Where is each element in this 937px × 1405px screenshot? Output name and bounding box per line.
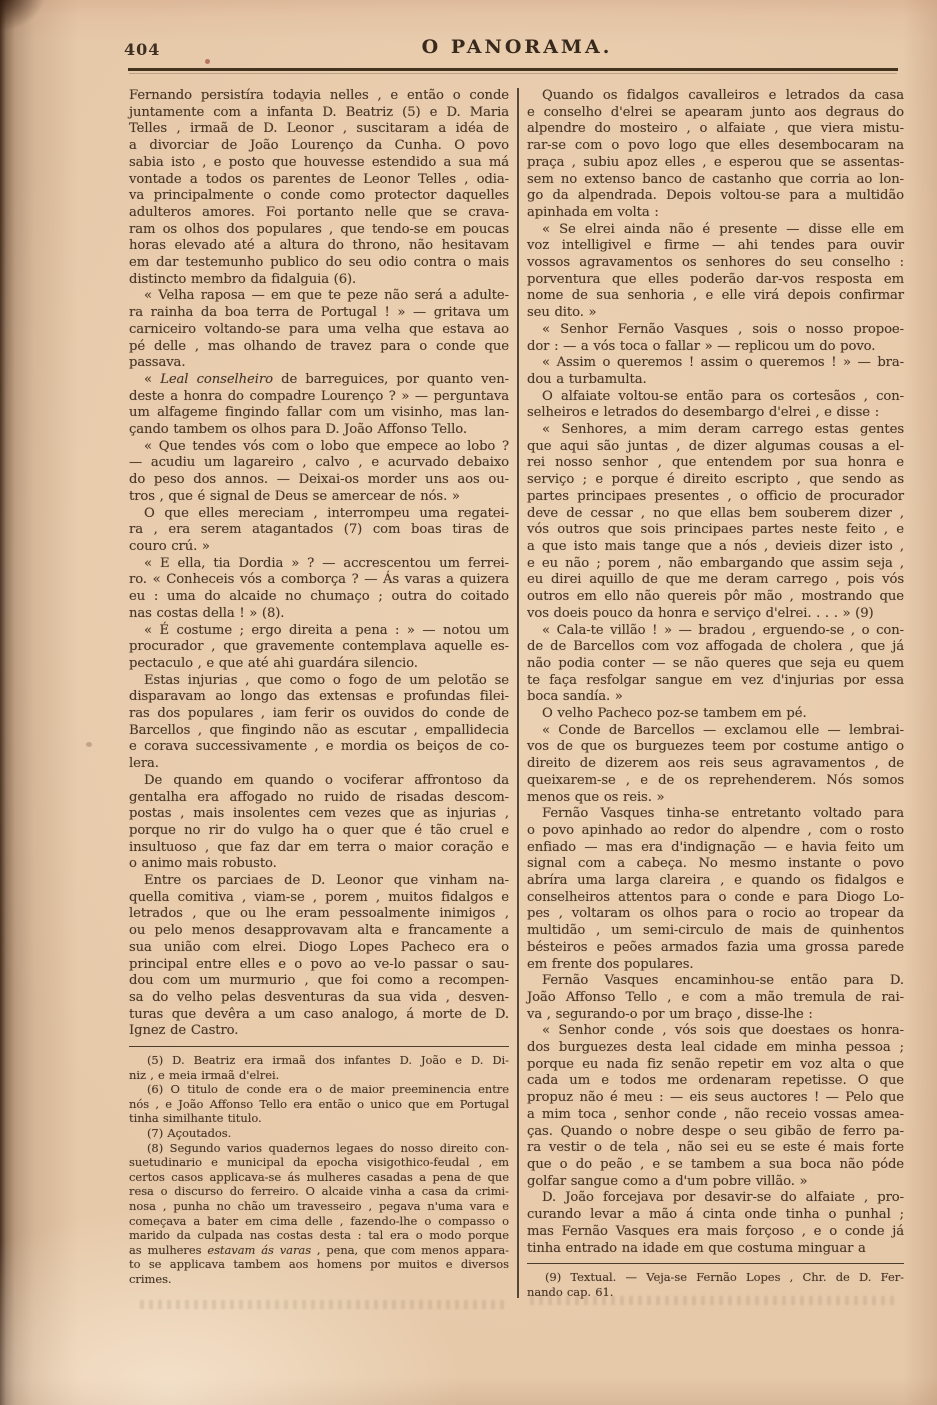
paragraph: « É costume ; ergo direita a pena : » — … xyxy=(129,623,509,673)
text-line: Barcellos , que fingindo não as escutar … xyxy=(129,723,509,740)
text-line: letrados , que ou lhe eram pessoalmente … xyxy=(129,906,509,923)
journal-title: O PANORAMA. xyxy=(129,36,905,58)
text-line: resa o discurso do ferreiro. O alcaide v… xyxy=(129,1184,509,1199)
text-line: rar-se com o povo logo que elles desembo… xyxy=(527,138,904,155)
left-column: Fernando persistíra todavia nelles , e e… xyxy=(129,88,509,1287)
text-line: insultuoso , que faz dar em terra o maio… xyxy=(129,840,509,857)
paragraph: O velho Pacheco poz-se tambem em pé. xyxy=(527,706,904,723)
text-line: tinha similhante titulo. xyxy=(129,1111,509,1126)
paragraph: O alfaiate voltou-se então para os corte… xyxy=(527,389,904,422)
header-rule xyxy=(128,68,898,71)
text-line: Entre os parciaes de D. Leonor que vinha… xyxy=(129,873,509,890)
text-line: João Affonso Tello , e com a mão tremula… xyxy=(527,990,904,1007)
text-line: nosa , punha no chão um travesseiro , pe… xyxy=(129,1199,509,1214)
text-line: lera. xyxy=(129,756,509,773)
text-line: vontade a todos os parentes de Leonor Te… xyxy=(129,172,509,189)
text-line: a mim toca , senhor conde , não receio v… xyxy=(527,1107,904,1124)
text-line: juntamente com a infanta D. Beatriz (5) … xyxy=(129,105,509,122)
text-line: principal entre elles e o povo ao ve-lo … xyxy=(129,957,509,974)
text-line: direito de dizerem aos reis seus agravam… xyxy=(527,756,904,773)
text-line: « Leal conselheiro de barreguices, por q… xyxy=(129,372,509,389)
text-line: e corava successivamente , e mordia os b… xyxy=(129,739,509,756)
text-line: « Assim o queremos ! assim o queremos ! … xyxy=(527,355,904,372)
text-line: « Senhores, a mim deram carrego estas ge… xyxy=(527,422,904,439)
text-line: marido da culpada nas costas desta : tal… xyxy=(129,1228,509,1243)
text-line: ra vestir o de tela , não sei eu se este… xyxy=(527,1140,904,1157)
paragraph: Fernando persistíra todavia nelles , e e… xyxy=(129,88,509,288)
left-column-footnotes: (5) D. Beatriz era irmaã dos infantes D.… xyxy=(129,1053,509,1287)
text-line: vos doeis pouco da honra e serviço d'elr… xyxy=(527,606,904,623)
text-line: tros , que é signal de Deus se amercear … xyxy=(129,489,509,506)
paragraph: Fernão Vasques encaminhou-se então para … xyxy=(527,973,904,1023)
text-line: Fernão Vasques tinha-se entretanto volta… xyxy=(527,806,904,823)
text-line: va principalmente o conde como protector… xyxy=(129,188,509,205)
text-line: ou pelo menos desapprovavam alta e franc… xyxy=(129,923,509,940)
bleedthrough-smudge xyxy=(530,1296,898,1305)
text-line: crimes. xyxy=(129,1272,509,1287)
paragraph: Quando os fidalgos cavalleiros e letrado… xyxy=(527,88,904,222)
text-line: pectaculo , e que até ahi guardára silen… xyxy=(129,656,509,673)
text-line: D. João forcejava por desavir-se do alfa… xyxy=(527,1190,904,1207)
text-line: não podia conter — se não queres que sej… xyxy=(527,656,904,673)
text-line: que aqui são juntas , de dizer algumas c… xyxy=(527,439,904,456)
text-line: sabia isto , e posto que houvesse estend… xyxy=(129,155,509,172)
paragraph: « Senhores, a mim deram carrego estas ge… xyxy=(527,422,904,622)
text-line: Ignez de Castro. xyxy=(129,1023,509,1040)
text-line: ra , era serem atagantados (7) com boas … xyxy=(129,522,509,539)
text-line: queixarem-se , e de os reprehenderem. Nó… xyxy=(527,773,904,790)
text-line: deste a honra do compadre Lourenço ? » —… xyxy=(129,389,509,406)
text-line: « E ella, tia Dordia » ? — accrescentou … xyxy=(129,556,509,573)
text-line: a que isto mais tange que a nós , deviei… xyxy=(527,539,904,556)
text-line: e eu não ; porem , não embargando que as… xyxy=(527,556,904,573)
text-line: te faça resfolgar sangue em vez d'injuri… xyxy=(527,673,904,690)
text-line: apinhada em volta : xyxy=(527,205,904,222)
column-divider xyxy=(517,88,519,1298)
text-line: to se applicava tambem aos homens por mu… xyxy=(129,1257,509,1272)
footnote: (6) O titulo de conde era o de maior pre… xyxy=(129,1082,509,1126)
text-line: as mulheres estavam ás varas , pena, que… xyxy=(129,1243,509,1258)
text-line: suetudinario e municipal da epocha visig… xyxy=(129,1155,509,1170)
text-line: certos casos applicava-se ás mulheres ca… xyxy=(129,1170,509,1185)
text-line: Estas injurias , que como o fogo de um p… xyxy=(129,673,509,690)
text-line: ro. « Conheceis vós a comborça ? — Ás va… xyxy=(129,572,509,589)
text-line: dos burguezes desta leal cidade em minha… xyxy=(527,1040,904,1057)
text-line: ra rainha da boa terra de Portugal ! » —… xyxy=(129,305,509,322)
text-line: cada um e todos me ordenaram repetisse. … xyxy=(527,1073,904,1090)
paragraph: « Velha raposa — em que te peze não será… xyxy=(129,288,509,372)
text-line: a divorciar de João Lourenço da Cunha. O… xyxy=(129,138,509,155)
text-line: outros em ello não quereis pôr mão , mos… xyxy=(527,589,904,606)
text-line: de de Barcellos com voz affogada de chol… xyxy=(527,639,904,656)
text-line: disparavam ao longo das extensas e profu… xyxy=(129,689,509,706)
text-line: menos que os reis. » xyxy=(527,790,904,807)
paragraph: Entre os parciaes de D. Leonor que vinha… xyxy=(129,873,509,1040)
text-line: alpendre do mosteiro , o alfaiate , que … xyxy=(527,121,904,138)
text-line: vós outros que sois principaes partes ne… xyxy=(527,522,904,539)
paper-speck xyxy=(205,59,210,64)
text-line: boca sandía. » xyxy=(527,689,904,706)
text-line: e conselho d'elrei se apearam junto aos … xyxy=(527,105,904,122)
text-line: porque no rir do vulgo ha o quer que é t… xyxy=(129,823,509,840)
paragraph: « Conde de Barcellos — exclamou elle — l… xyxy=(527,723,904,807)
text-line: dor : — a vós toca o fallar » — replicou… xyxy=(527,339,904,356)
scanned-page: 404 O PANORAMA. Fernando persistíra toda… xyxy=(0,0,937,1405)
paragraph: « Senhor conde , vós sois que doestaes o… xyxy=(527,1023,904,1190)
text-line: turas que devêra a um caso analogo, á mo… xyxy=(129,1007,509,1024)
text-line: procurador , que gravemente contemplava … xyxy=(129,639,509,656)
text-line: o povo apinhado ao redor do alpendre , c… xyxy=(527,823,904,840)
text-line: deve de cessar , no que ellas bem souber… xyxy=(527,506,904,523)
text-line: çando tambem os olhos para D. João Affon… xyxy=(129,422,509,439)
text-line: seu dito. » xyxy=(527,305,904,322)
text-line: abríra uma larga clareira , e quando os … xyxy=(527,873,904,890)
text-line: vos de que os burguezes teem por costume… xyxy=(527,739,904,756)
text-line: « Senhor Fernão Vasques , sois o nosso p… xyxy=(527,322,904,339)
text-line: distincto membro da fidalguia (6). xyxy=(129,272,509,289)
paragraph: « E ella, tia Dordia » ? — accrescentou … xyxy=(129,556,509,623)
text-line: (5) D. Beatriz era irmaã dos infantes D.… xyxy=(129,1053,509,1068)
text-line: do peso dos annos. — Deixai-os morder un… xyxy=(129,472,509,489)
text-line: voz intelligivel e firme — ahi tendes pa… xyxy=(527,238,904,255)
text-line: serviço ; e porque é direito escripto , … xyxy=(527,472,904,489)
text-line: adulteros amores. Foi portanto nelle que… xyxy=(129,205,509,222)
text-line: eu : uma do alcaide no chumaço ; outra d… xyxy=(129,589,509,606)
text-line: golfar sangue como a d'um pobre villão. … xyxy=(527,1174,904,1191)
text-line: « É costume ; ergo direita a pena : » — … xyxy=(129,623,509,640)
paragraph: « Se elrei ainda não é presente — disse … xyxy=(527,222,904,322)
paragraph: De quando em quando o vociferar affronto… xyxy=(129,773,509,873)
text-line: o animo mais robusto. xyxy=(129,856,509,873)
text-line: De quando em quando o vociferar affronto… xyxy=(129,773,509,790)
text-line: ças. Quando o nobre despe o seu gibão de… xyxy=(527,1124,904,1141)
footnote: (8) Segundo varios quadernos legaes do n… xyxy=(129,1141,509,1287)
text-line: horas elevado até a altura do throno, nã… xyxy=(129,238,509,255)
text-line: O velho Pacheco poz-se tambem em pé. xyxy=(527,706,904,723)
text-line: praça , subiu apoz elles , e esperou que… xyxy=(527,155,904,172)
text-line: sem no extenso banco de castanho que cor… xyxy=(527,172,904,189)
text-line: porventura que elles poderão dar-vos res… xyxy=(527,272,904,289)
text-line: O alfaiate voltou-se então para os corte… xyxy=(527,389,904,406)
text-line: « Senhor conde , vós sois que doestaes o… xyxy=(527,1023,904,1040)
text-line: propuz não é meu : — eis seus auctores !… xyxy=(527,1090,904,1107)
paragraph: D. João forcejava por desavir-se do alfa… xyxy=(527,1190,904,1257)
text-line: (6) O titulo de conde era o de maior pre… xyxy=(129,1082,509,1097)
text-line: O que elles mereciam , interrompeu uma r… xyxy=(129,506,509,523)
text-line: partes principaes presentes , o officio … xyxy=(527,489,904,506)
text-line: gentalha era affogado no ruido de risada… xyxy=(129,790,509,807)
text-line: um alfageme fingindo fallar com um visin… xyxy=(129,405,509,422)
text-line: couro crú. » xyxy=(129,539,509,556)
text-line: começava a bater em cima delle , fazendo… xyxy=(129,1214,509,1229)
text-line: Fernão Vasques encaminhou-se então para … xyxy=(527,973,904,990)
text-line: « Se elrei ainda não é presente — disse … xyxy=(527,222,904,239)
text-line: multidão , um semi-circulo de mais de qu… xyxy=(527,923,904,940)
text-line: (9) Textual. — Veja-se Fernão Lopes , Ch… xyxy=(527,1270,904,1285)
text-line: « Velha raposa — em que te peze não será… xyxy=(129,288,509,305)
text-line: que o do peão , e se tambem a sua boca n… xyxy=(527,1157,904,1174)
text-line: nas costas della ! » (8). xyxy=(129,606,509,623)
text-line: conselheiros attentos para o conde e par… xyxy=(527,890,904,907)
text-line: (8) Segundo varios quadernos legaes do n… xyxy=(129,1141,509,1156)
text-line: nós , e João Affonso Tello era então o u… xyxy=(129,1097,509,1112)
text-line: — acudiu um lagareiro , calvo , e acurva… xyxy=(129,455,509,472)
text-line: va , segurando-o por um braço , disse-lh… xyxy=(527,1007,904,1024)
text-line: (7) Açoutados. xyxy=(129,1126,509,1141)
text-line: Fernando persistíra todavia nelles , e e… xyxy=(129,88,509,105)
footnote: (5) D. Beatriz era irmaã dos infantes D.… xyxy=(129,1053,509,1082)
text-line: enfiado — mas era d'indignação — e havia… xyxy=(527,840,904,857)
text-line: selheiros e letrados do desembargo d'elr… xyxy=(527,405,904,422)
text-line: dou a turbamulta. xyxy=(527,372,904,389)
corner-stain xyxy=(0,0,46,32)
paragraph: « Leal conselheiro de barreguices, por q… xyxy=(129,372,509,439)
text-line: « Cala-te villão ! » — bradou , erguendo… xyxy=(527,623,904,640)
footnote-separator-right xyxy=(527,1263,904,1264)
text-line: Telles , irmaã de D. Leonor , suscitaram… xyxy=(129,121,509,138)
text-line: pé delle , mas olhando de travez para o … xyxy=(129,339,509,356)
text-line: curando levar a mão á cinta onde tinha o… xyxy=(527,1207,904,1224)
paragraph: « Senhor Fernão Vasques , sois o nosso p… xyxy=(527,322,904,355)
paragraph: Estas injurias , que como o fogo de um p… xyxy=(129,673,509,773)
text-line: niz , e meia irmaã d'elrei. xyxy=(129,1068,509,1083)
text-line: bésteiros e peões armados fazia uma gros… xyxy=(527,940,904,957)
text-line: sua união com elrei. Diogo Lopes Pacheco… xyxy=(129,940,509,957)
text-line: dou com um murmurio , que foi como a rec… xyxy=(129,973,509,990)
text-line: eu direi aquillo de que me deram carrego… xyxy=(527,572,904,589)
right-column: Quando os fidalgos cavalleiros e letrado… xyxy=(527,88,904,1299)
paragraph: Fernão Vasques tinha-se entretanto volta… xyxy=(527,806,904,973)
text-line: go da alpendrada. Depois voltou-se para … xyxy=(527,188,904,205)
text-line: « Conde de Barcellos — exclamou elle — l… xyxy=(527,723,904,740)
text-line: porque eu nada fiz senão repetir em voz … xyxy=(527,1057,904,1074)
footnote: (7) Açoutados. xyxy=(129,1126,509,1141)
bleedthrough-smudge xyxy=(140,1300,506,1309)
text-line: em frente dos populares. xyxy=(527,957,904,974)
paragraph: « Que tendes vós com o lobo que empece a… xyxy=(129,439,509,506)
footnote-separator-left xyxy=(129,1046,509,1047)
text-line: nome de sua senhoria , e elle virá depoi… xyxy=(527,288,904,305)
paragraph: « Cala-te villão ! » — bradou , erguendo… xyxy=(527,623,904,707)
text-line: signal com a cabeça. No mesmo instante o… xyxy=(527,856,904,873)
text-line: tinha entrado na idade em que costuma mi… xyxy=(527,1241,904,1258)
text-line: vossos agravamentos os senhores do seu c… xyxy=(527,255,904,272)
text-line: « Que tendes vós com o lobo que empece a… xyxy=(129,439,509,456)
text-line: passava. xyxy=(129,355,509,372)
paragraph: « Assim o queremos ! assim o queremos ! … xyxy=(527,355,904,388)
text-line: em dar testemunho publico do seu odio co… xyxy=(129,255,509,272)
text-line: quella comitiva , viam-se , porem , muit… xyxy=(129,890,509,907)
text-line: ras dos populares , iam ferir os ouvidos… xyxy=(129,706,509,723)
text-line: Quando os fidalgos cavalleiros e letrado… xyxy=(527,88,904,105)
text-line: sa do velho pelas desventuras da sua vid… xyxy=(129,990,509,1007)
text-line: ram os olhos dos populares , que tendo-s… xyxy=(129,222,509,239)
paper-speck xyxy=(86,742,92,747)
text-line: pes , voltaram os olhos para o rocio ao … xyxy=(527,906,904,923)
left-column-text: Fernando persistíra todavia nelles , e e… xyxy=(129,88,509,1040)
right-column-text: Quando os fidalgos cavalleiros e letrado… xyxy=(527,88,904,1257)
text-line: mas Fernão Vasques era mais forçoso , e … xyxy=(527,1224,904,1241)
text-line: postas , mais insolentes cem vezes que a… xyxy=(129,806,509,823)
text-line: rei nosso senhor , que entendem por sua … xyxy=(527,455,904,472)
text-line: carniceiro voltando-se para uma velha qu… xyxy=(129,322,509,339)
paragraph: O que elles mereciam , interrompeu uma r… xyxy=(129,506,509,556)
